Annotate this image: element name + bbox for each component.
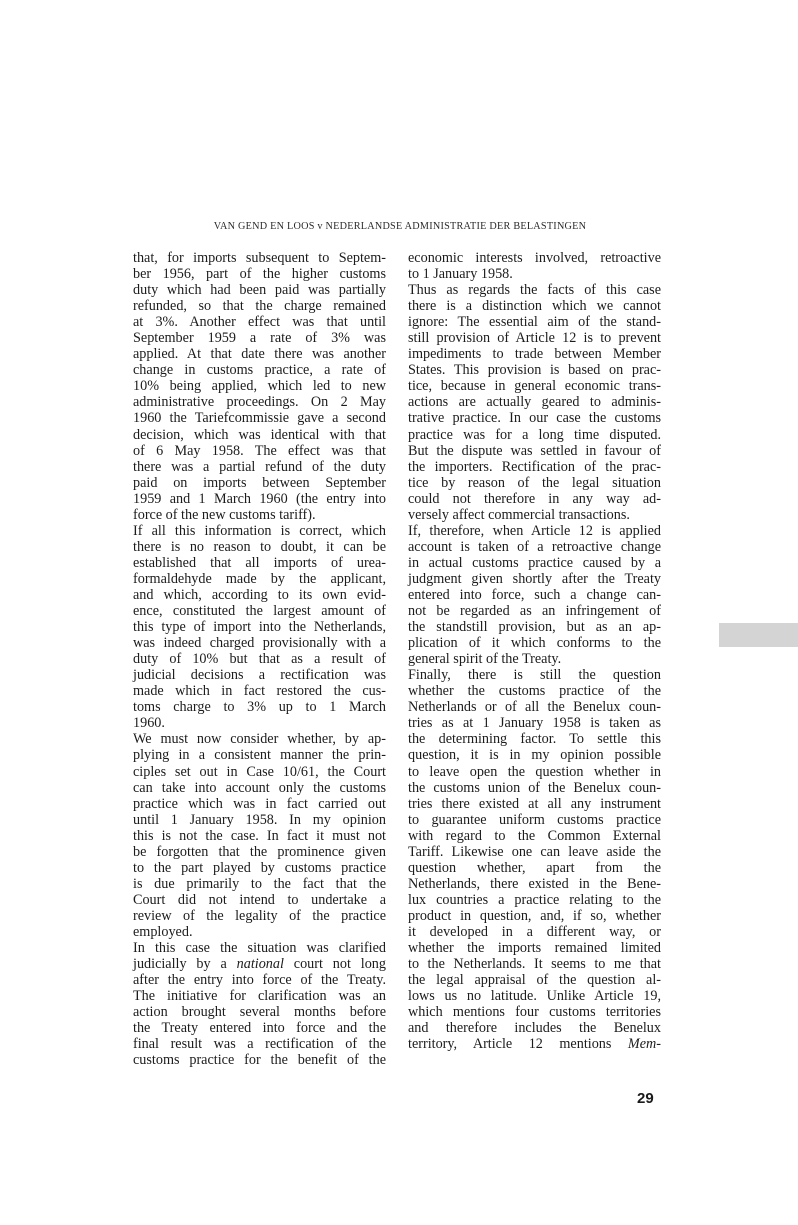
text-line: customs practice for the benefit of the — [133, 1052, 386, 1068]
text-line: 1960 the Tariefcommissie gave a second — [133, 410, 386, 426]
text-line: the Treaty entered into force and the — [133, 1020, 386, 1036]
right-column: economic interests involved, retroactive… — [408, 250, 661, 1052]
text-line: ignore: The essential aim of the stand- — [408, 314, 661, 330]
text-line: change in customs practice, a rate of — [133, 362, 386, 378]
text-line: the standstill provision, but as an ap- — [408, 619, 661, 635]
text-line: was indeed charged provisionally with a — [133, 635, 386, 651]
text-line: action brought several months before — [133, 1004, 386, 1020]
text-line: If all this information is correct, whic… — [133, 523, 386, 539]
text-line: duty which had been paid was partially — [133, 282, 386, 298]
text-line: which mentions four customs territories — [408, 1004, 661, 1020]
text-line: until 1 January 1958. In my opinion — [133, 812, 386, 828]
text-line: whether the customs practice of the — [408, 683, 661, 699]
text-line: question whether, apart from the — [408, 860, 661, 876]
text-line: to the Netherlands. It seems to me that — [408, 956, 661, 972]
running-head: VAN GEND EN LOOS v NEDERLANDSE ADMINISTR… — [120, 221, 680, 232]
text-line: tice, because in general economic trans- — [408, 378, 661, 394]
text-line: actions are actually geared to adminis- — [408, 394, 661, 410]
text-line: Netherlands, there existed in the Bene- — [408, 876, 661, 892]
text-line: trative practice. In our case the custom… — [408, 410, 661, 426]
text-line: The initiative for clarification was an — [133, 988, 386, 1004]
text-line: still provision of Article 12 is to prev… — [408, 330, 661, 346]
text-line: to the part played by customs practice — [133, 860, 386, 876]
text-line: toms charge to 3% up to 1 March — [133, 699, 386, 715]
text-line: applied. At that date there was another — [133, 346, 386, 362]
text-line: there is no reason to doubt, it can be — [133, 539, 386, 555]
text-line: judicial decisions a rectification was — [133, 667, 386, 683]
text-line: judgment given shortly after the Treaty — [408, 571, 661, 587]
text-line: practice which was in fact carried out — [133, 796, 386, 812]
text-line: Finally, there is still the question — [408, 667, 661, 683]
text-fragment: court not long — [284, 956, 386, 972]
text-line: at 3%. Another effect was that until — [133, 314, 386, 330]
text-line: tice by reason of the legal situation — [408, 475, 661, 491]
text-line: Court did not intend to undertake a — [133, 892, 386, 908]
left-column: that, for imports subsequent to Septem-b… — [133, 250, 386, 1068]
text-line: to leave open the question whether in — [408, 764, 661, 780]
text-line: administrative proceedings. On 2 May — [133, 394, 386, 410]
text-line: judicially by a national court not long — [133, 956, 386, 972]
italic-emphasis: national — [237, 956, 284, 972]
text-line: final result was a rectification of the — [133, 1036, 386, 1052]
text-line: with regard to the Common External — [408, 828, 661, 844]
text-line: But the dispute was settled in favour of — [408, 443, 661, 459]
text-line: tries there existed at all any instrumen… — [408, 796, 661, 812]
text-line: to 1 January 1958. — [408, 266, 661, 282]
text-line: lows us no latitude. Unlike Article 19, — [408, 988, 661, 1004]
text-line: is due primarily to the fact that the — [133, 876, 386, 892]
text-line: formaldehyde made by the applicant, — [133, 571, 386, 587]
text-line: can take into account only the customs — [133, 780, 386, 796]
text-line: 10% being applied, which led to new — [133, 378, 386, 394]
text-line: review of the legality of the practice — [133, 908, 386, 924]
text-line: the determining factor. To settle this — [408, 731, 661, 747]
text-line: plication of it which conforms to the — [408, 635, 661, 651]
text-line: force of the new customs tariff). — [133, 507, 386, 523]
text-line: decision, which was identical with that — [133, 427, 386, 443]
text-line: ciples set out in Case 10/61, the Court — [133, 764, 386, 780]
text-line: ber 1956, part of the higher customs — [133, 266, 386, 282]
text-line: States. This provision is based on prac- — [408, 362, 661, 378]
text-line: this type of import into the Netherlands… — [133, 619, 386, 635]
italic-emphasis: Mem- — [628, 1036, 661, 1052]
text-line: whether the imports remained limited — [408, 940, 661, 956]
text-line: this is not the case. In fact it must no… — [133, 828, 386, 844]
text-line: impediments to trade between Member — [408, 346, 661, 362]
text-line: Netherlands or of all the Benelux coun- — [408, 699, 661, 715]
text-line: entered into force, such a change can- — [408, 587, 661, 603]
text-line: 1960. — [133, 715, 386, 731]
text-line: 1959 and 1 March 1960 (the entry into — [133, 491, 386, 507]
text-line: in actual customs practice caused by a — [408, 555, 661, 571]
text-line: and which, according to its own evid- — [133, 587, 386, 603]
text-line: there is a distinction which we cannot — [408, 298, 661, 314]
text-line: employed. — [133, 924, 386, 940]
text-line: after the entry into force of the Treaty… — [133, 972, 386, 988]
text-line: If, therefore, when Article 12 is applie… — [408, 523, 661, 539]
text-line: that, for imports subsequent to Septem- — [133, 250, 386, 266]
text-line: be forgotten that the prominence given — [133, 844, 386, 860]
text-line: paid on imports between September — [133, 475, 386, 491]
text-line: product in question, and, if so, whether — [408, 908, 661, 924]
text-line: refunded, so that the charge remained — [133, 298, 386, 314]
text-line: of 6 May 1958. The effect was that — [133, 443, 386, 459]
text-line: it developed in a different way, or — [408, 924, 661, 940]
text-line: question, it is in my opinion possible — [408, 747, 661, 763]
text-line: plying in a consistent manner the prin- — [133, 747, 386, 763]
text-line: versely affect commercial transactions. — [408, 507, 661, 523]
text-line: lux countries a practice relating to the — [408, 892, 661, 908]
text-line: general spirit of the Treaty. — [408, 651, 661, 667]
side-tab-marker — [719, 623, 798, 647]
text-line: made which in fact restored the cus- — [133, 683, 386, 699]
text-line: established that all imports of urea- — [133, 555, 386, 571]
text-line: economic interests involved, retroactive — [408, 250, 661, 266]
text-line: duty of 10% but that as a result of — [133, 651, 386, 667]
text-line: September 1959 a rate of 3% was — [133, 330, 386, 346]
text-line: the importers. Rectification of the prac… — [408, 459, 661, 475]
text-line: Tariff. Likewise one can leave aside the — [408, 844, 661, 860]
text-line: territory, Article 12 mentions Mem- — [408, 1036, 661, 1052]
text-line: the legal appraisal of the question al- — [408, 972, 661, 988]
text-line: practice was for a long time disputed. — [408, 427, 661, 443]
text-line: account is taken of a retroactive change — [408, 539, 661, 555]
text-line: We must now consider whether, by ap- — [133, 731, 386, 747]
text-line: not be regarded as an infringement of — [408, 603, 661, 619]
text-line: and therefore includes the Benelux — [408, 1020, 661, 1036]
text-line: could not therefore in any way ad- — [408, 491, 661, 507]
text-line: ence, constituted the largest amount of — [133, 603, 386, 619]
page-number: 29 — [637, 1090, 654, 1107]
text-line: to guarantee uniform customs practice — [408, 812, 661, 828]
text-line: the customs union of the Benelux coun- — [408, 780, 661, 796]
text-line: there was a partial refund of the duty — [133, 459, 386, 475]
text-line: In this case the situation was clarified — [133, 940, 386, 956]
text-line: Thus as regards the facts of this case — [408, 282, 661, 298]
text-line: tries as at 1 January 1958 is taken as — [408, 715, 661, 731]
